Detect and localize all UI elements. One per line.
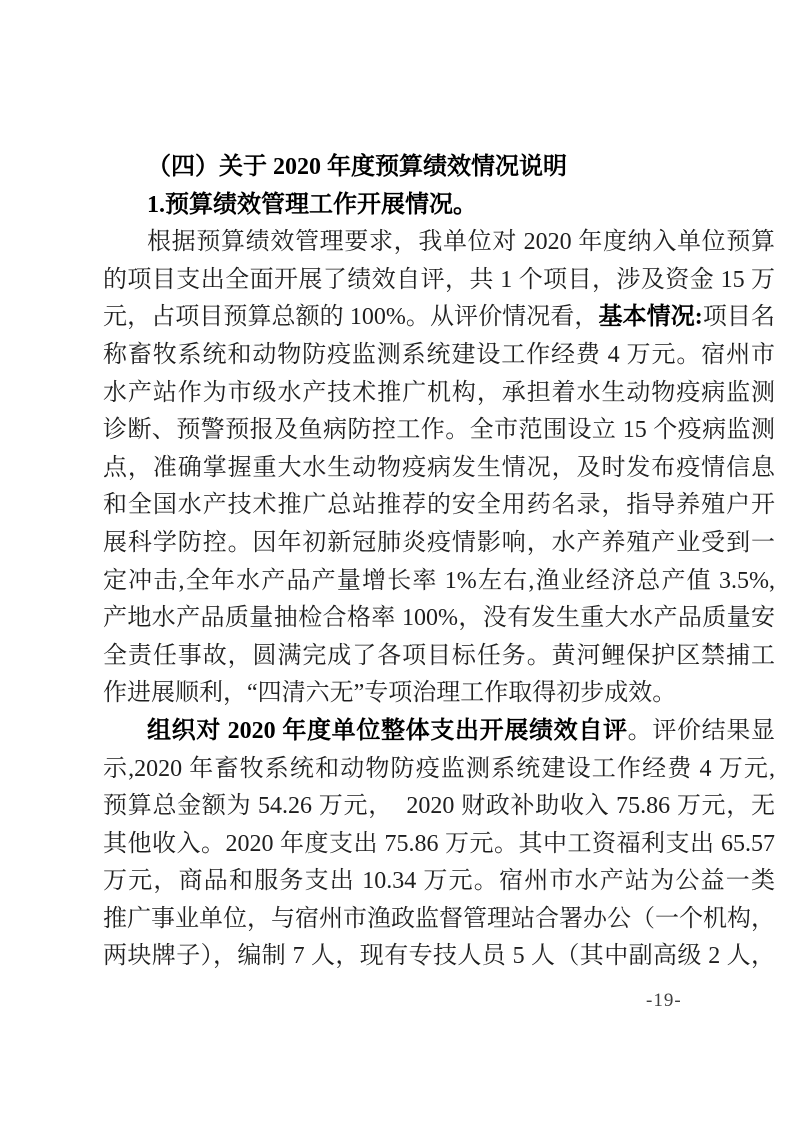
text-segment: 作进展顺利，“四清六无”专项治理工作取得初步成效。: [103, 680, 676, 706]
text-segment: 点，准确掌握重大水生动物疫病发生情况，及时发布疫情信息: [103, 455, 775, 481]
body-line: 诊断、预警预报及鱼病防控工作。全市范围设立 15 个疫病监测: [103, 412, 775, 450]
body-line: 推广事业单位，与宿州市渔政监督管理站合署办公（一个机构，: [103, 901, 775, 939]
text-segment: 。评价结果显: [628, 718, 775, 744]
text-segment: 的项目支出全面开展了绩效自评，共 1 个项目，涉及资金 15 万: [103, 267, 775, 293]
body-line: 示,2020 年畜牧系统和动物防疫监测系统建设工作经费 4 万元,: [103, 751, 775, 789]
text-segment: 水产站作为市级水产技术推广机构，承担着水生动物疫病监测: [103, 380, 775, 406]
bold-text-segment: （四）关于 2020 年度预算绩效情况说明: [147, 154, 567, 180]
text-segment: 项目名: [703, 304, 775, 330]
body-line: 和全国水产技术推广总站推荐的安全用药名录，指导养殖户开: [103, 487, 775, 525]
text-segment: 诊断、预警预报及鱼病防控工作。全市范围设立 15 个疫病监测: [103, 417, 775, 443]
body-line: 定冲击,全年水产品产量增长率 1%左右,渔业经济总产值 3.5%,: [103, 563, 775, 601]
text-segment: 和全国水产技术推广总站推荐的安全用药名录，指导养殖户开: [103, 492, 775, 518]
body-line: 水产站作为市级水产技术推广机构，承担着水生动物疫病监测: [103, 375, 775, 413]
body-line: 作进展顺利，“四清六无”专项治理工作取得初步成效。: [103, 675, 775, 713]
text-segment: 称畜牧系统和动物防疫监测系统建设工作经费 4 万元。宿州市: [103, 342, 775, 368]
bold-text-segment: 组织对 2020 年度单位整体支出开展绩效自评: [147, 718, 628, 744]
text-segment: 根据预算绩效管理要求，我单位对 2020 年度纳入单位预算: [147, 229, 775, 255]
page-number: -19-: [646, 990, 706, 1012]
body-line: 根据预算绩效管理要求，我单位对 2020 年度纳入单位预算: [103, 224, 775, 262]
text-segment: 全责任事故，圆满完成了各项目标任务。黄河鲤保护区禁捕工: [103, 643, 775, 669]
bold-text-segment: 基本情况:: [598, 304, 702, 330]
document-page: （四）关于 2020 年度预算绩效情况说明1.预算绩效管理工作开展情况。根据预算…: [0, 0, 793, 1122]
body-line: 产地水产品质量抽检合格率 100%，没有发生重大水产品质量安: [103, 600, 775, 638]
body-line: 预算总金额为 54.26 万元， 2020 财政补助收入 75.86 万元，无: [103, 788, 775, 826]
body-line: 元，占项目预算总额的 100%。从评价情况看，基本情况:项目名: [103, 299, 775, 337]
document-body: （四）关于 2020 年度预算绩效情况说明1.预算绩效管理工作开展情况。根据预算…: [103, 149, 775, 976]
body-line: 展科学防控。因年初新冠肺炎疫情影响，水产养殖产业受到一: [103, 525, 775, 563]
body-line: 的项目支出全面开展了绩效自评，共 1 个项目，涉及资金 15 万: [103, 262, 775, 300]
body-line: 组织对 2020 年度单位整体支出开展绩效自评。评价结果显: [103, 713, 775, 751]
text-segment: 两块牌子），编制 7 人，现有专技人员 5 人（其中副高级 2 人，: [103, 943, 775, 969]
body-line: 两块牌子），编制 7 人，现有专技人员 5 人（其中副高级 2 人，: [103, 938, 775, 976]
text-segment: 示,2020 年畜牧系统和动物防疫监测系统建设工作经费 4 万元,: [103, 756, 775, 782]
text-segment: 产地水产品质量抽检合格率 100%，没有发生重大水产品质量安: [103, 605, 775, 631]
body-line: 万元，商品和服务支出 10.34 万元。宿州市水产站为公益一类: [103, 863, 775, 901]
text-segment: 元，占项目预算总额的 100%。从评价情况看，: [103, 304, 598, 330]
text-segment: 推广事业单位，与宿州市渔政监督管理站合署办公（一个机构，: [103, 906, 775, 932]
text-segment: 预算总金额为 54.26 万元， 2020 财政补助收入 75.86 万元，无: [103, 793, 775, 819]
text-segment: 定冲击,全年水产品产量增长率 1%左右,渔业经济总产值 3.5%,: [103, 568, 775, 594]
text-segment: 展科学防控。因年初新冠肺炎疫情影响，水产养殖产业受到一: [103, 530, 775, 556]
sub-heading: 1.预算绩效管理工作开展情况。: [103, 187, 775, 225]
body-line: 称畜牧系统和动物防疫监测系统建设工作经费 4 万元。宿州市: [103, 337, 775, 375]
text-segment: 万元，商品和服务支出 10.34 万元。宿州市水产站为公益一类: [103, 868, 775, 894]
body-line: 其他收入。2020 年度支出 75.86 万元。其中工资福利支出 65.57: [103, 826, 775, 864]
body-line: 全责任事故，圆满完成了各项目标任务。黄河鲤保护区禁捕工: [103, 638, 775, 676]
section-heading: （四）关于 2020 年度预算绩效情况说明: [103, 149, 775, 187]
bold-text-segment: 1.预算绩效管理工作开展情况。: [147, 192, 477, 218]
text-segment: 其他收入。2020 年度支出 75.86 万元。其中工资福利支出 65.57: [103, 831, 775, 857]
body-line: 点，准确掌握重大水生动物疫病发生情况，及时发布疫情信息: [103, 450, 775, 488]
